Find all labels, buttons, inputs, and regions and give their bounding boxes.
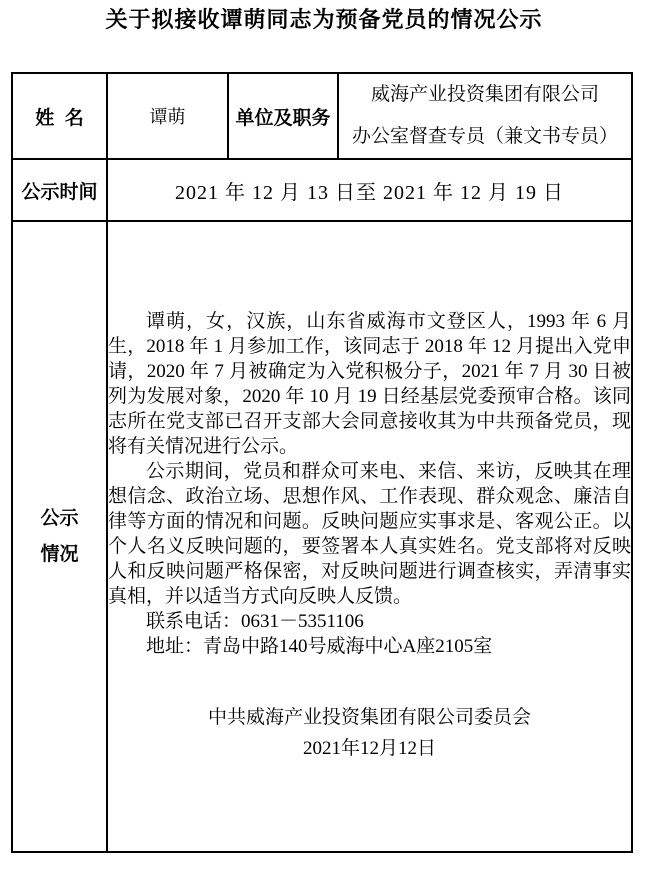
publicity-time-label: 公示时间 — [12, 159, 107, 221]
unit-company-line: 威海产业投资集团有限公司 — [339, 74, 631, 116]
unit-position-line: 办公室督查专员（兼文书专员） — [339, 116, 631, 158]
table-row-publicity-info: 公示 情况 谭萌，女，汉族，山东省威海市文登区人，1993 年 6 月生，201… — [12, 221, 632, 852]
name-value: 谭萌 — [107, 73, 228, 159]
signature-block: 中共威海产业投资集团有限公司委员会 2021年12月12日 — [108, 702, 631, 764]
document-page: 关于拟接收谭萌同志为预备党员的情况公示 姓 名 谭萌 单位及职务 威海产业投资集… — [0, 0, 648, 870]
table-row-publicity-time: 公示时间 2021 年 12 月 13 日至 2021 年 12 月 19 日 — [12, 159, 632, 221]
publicity-info-label: 公示 情况 — [12, 221, 107, 852]
biography-paragraph: 谭萌，女，汉族，山东省威海市文登区人，1993 年 6 月生，2018 年 1 … — [108, 309, 631, 459]
publicity-info-label-line1: 公示 — [40, 508, 78, 529]
signature-organization: 中共威海产业投资集团有限公司委员会 — [108, 702, 631, 733]
publicity-info-label-line2: 情况 — [40, 544, 78, 565]
publicity-info-label-stack: 公示 情况 — [13, 508, 106, 565]
feedback-instructions-paragraph: 公示期间，党员和群众可来电、来信、来访，反映其在理想信念、政治立场、思想作风、工… — [108, 459, 631, 609]
table-row-name-unit: 姓 名 谭萌 单位及职务 威海产业投资集团有限公司 办公室督查专员（兼文书专员） — [12, 73, 632, 159]
name-label: 姓 名 — [12, 73, 107, 159]
unit-title-label: 单位及职务 — [228, 73, 338, 159]
publicity-time-value: 2021 年 12 月 13 日至 2021 年 12 月 19 日 — [107, 159, 632, 221]
contact-address-line: 地址：青岛中路140号威海中心A座2105室 — [108, 634, 631, 659]
contact-phone-line: 联系电话：0631－5351106 — [108, 609, 631, 634]
unit-value: 威海产业投资集团有限公司 办公室督查专员（兼文书专员） — [338, 73, 632, 159]
signature-date: 2021年12月12日 — [108, 733, 631, 764]
page-title: 关于拟接收谭萌同志为预备党员的情况公示 — [0, 4, 648, 36]
publicity-info-content: 谭萌，女，汉族，山东省威海市文登区人，1993 年 6 月生，2018 年 1 … — [107, 221, 632, 852]
announcement-table: 姓 名 谭萌 单位及职务 威海产业投资集团有限公司 办公室督查专员（兼文书专员）… — [11, 72, 633, 853]
